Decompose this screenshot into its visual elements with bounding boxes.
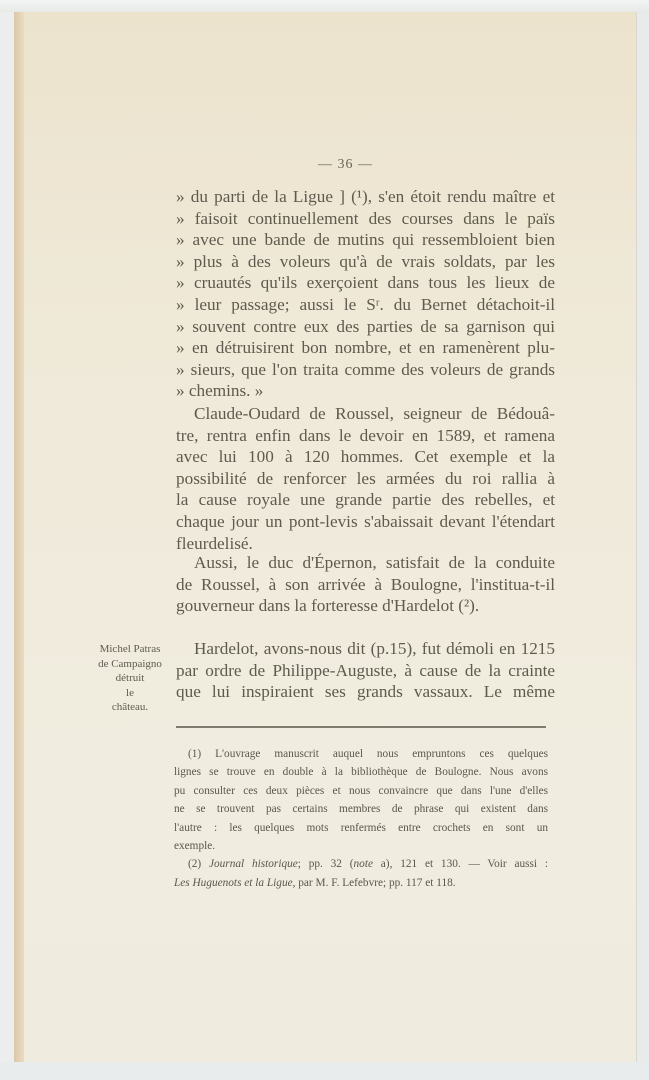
footnote-1-line: (1) L'ouvrage manuscrit auquel nous empr… [174, 745, 548, 763]
text-line: » cruautés qu'ils exerçoient dans tous l… [176, 272, 555, 294]
text-line: que lui inspiraient ses grands vassaux. … [176, 681, 555, 703]
footnote-1-line: pu consulter ces deux pièces et nous con… [174, 782, 548, 800]
text-line: » sieurs, que l'on traita comme des vole… [176, 359, 555, 381]
text-line: possibilité de renforcer les armées du r… [176, 468, 555, 490]
footnote-2-marker: (2) [188, 858, 201, 870]
text-line: Aussi, le duc d'Épernon, satisfait de la… [176, 552, 555, 574]
scan-bottom-margin [0, 1062, 649, 1080]
margin-note-line: château. [82, 700, 178, 715]
text-line: » du parti de la Ligue ] (¹), s'en étoit… [176, 186, 555, 208]
scan-right-margin [636, 12, 649, 1080]
text-line: par ordre de Philippe-Auguste, à cause d… [176, 660, 555, 682]
footnote-1-line: exemple. [174, 837, 548, 855]
text-line: de Roussel, à son arrivée à Boulogne, l'… [176, 574, 555, 596]
text-line: » leur passage; aussi le Sʳ. du Bernet d… [176, 294, 555, 316]
page-spine-shadow [14, 12, 24, 1062]
book-title: Les Huguenots et la Ligue [174, 877, 293, 889]
scan-top-margin [0, 0, 649, 12]
text-line: Hardelot, avons-nous dit (p.15), fut dém… [176, 638, 555, 660]
margin-note-line: de Campaigno [82, 657, 178, 672]
text-line: tre, rentra enfin dans le devoir en 1589… [176, 425, 555, 447]
paragraph-hardelot: Hardelot, avons-nous dit (p.15), fut dém… [176, 638, 555, 703]
quoted-passage: » du parti de la Ligue ] (¹), s'en étoit… [176, 186, 555, 402]
journal-refs: ; pp. 32 ( [298, 858, 354, 870]
footnotes: (1) L'ouvrage manuscrit auquel nous empr… [174, 745, 548, 892]
margin-note-line: le [82, 686, 178, 701]
footnote-1-line: ne se trouvent pas certains membres de p… [174, 800, 548, 818]
footnote-1-line: l'autre : les quelques mots renfermés en… [174, 819, 548, 837]
book-refs: , par M. F. Lefebvre; pp. 117 et 118. [293, 877, 456, 889]
text-line: la cause royale une grande partie des re… [176, 489, 555, 511]
paragraph-epernon: Aussi, le duc d'Épernon, satisfait de la… [176, 552, 555, 617]
text-line: chaque jour un pont-levis s'abaissait de… [176, 511, 555, 533]
margin-note: Michel Patras de Campaigno détruit le ch… [82, 642, 178, 715]
paragraph-roussel: Claude-Oudard de Roussel, seigneur de Bé… [176, 403, 555, 554]
text-line: » en détruisirent bon nombre, et en rame… [176, 337, 555, 359]
margin-note-line: détruit [82, 671, 178, 686]
journal-refs-cont: a), 121 et 130. — Voir aussi : [373, 858, 548, 870]
text-line: » plus à des voleurs qu'à de vrais solda… [176, 251, 555, 273]
text-line: » faisoit continuellement des courses da… [176, 208, 555, 230]
text-line: » chemins. » [176, 380, 555, 402]
text-line: Claude-Oudard de Roussel, seigneur de Bé… [176, 403, 555, 425]
footnote-separator-rule [176, 726, 546, 728]
text-line: avec lui 100 à 120 hommes. Cet exemple e… [176, 446, 555, 468]
text-line: gouverneur dans la forteresse d'Hardelot… [176, 595, 555, 617]
text-line: fleurdelisé. [176, 533, 555, 555]
text-line: » avec une bande de mutins qui ressemblo… [176, 229, 555, 251]
footnote-2-line: Les Huguenots et la Ligue, par M. F. Lef… [174, 874, 548, 892]
footnote-1-line: lignes se trouve en double à la biblioth… [174, 763, 548, 781]
page-number: — 36 — [318, 157, 373, 173]
note-ref: note [354, 858, 373, 870]
text-line: » souvent contre eux des parties de sa g… [176, 316, 555, 338]
footnote-2-line: (2) Journal historique; pp. 32 (note a),… [174, 855, 548, 873]
margin-note-line: Michel Patras [82, 642, 178, 657]
journal-title: Journal historique [209, 858, 298, 870]
